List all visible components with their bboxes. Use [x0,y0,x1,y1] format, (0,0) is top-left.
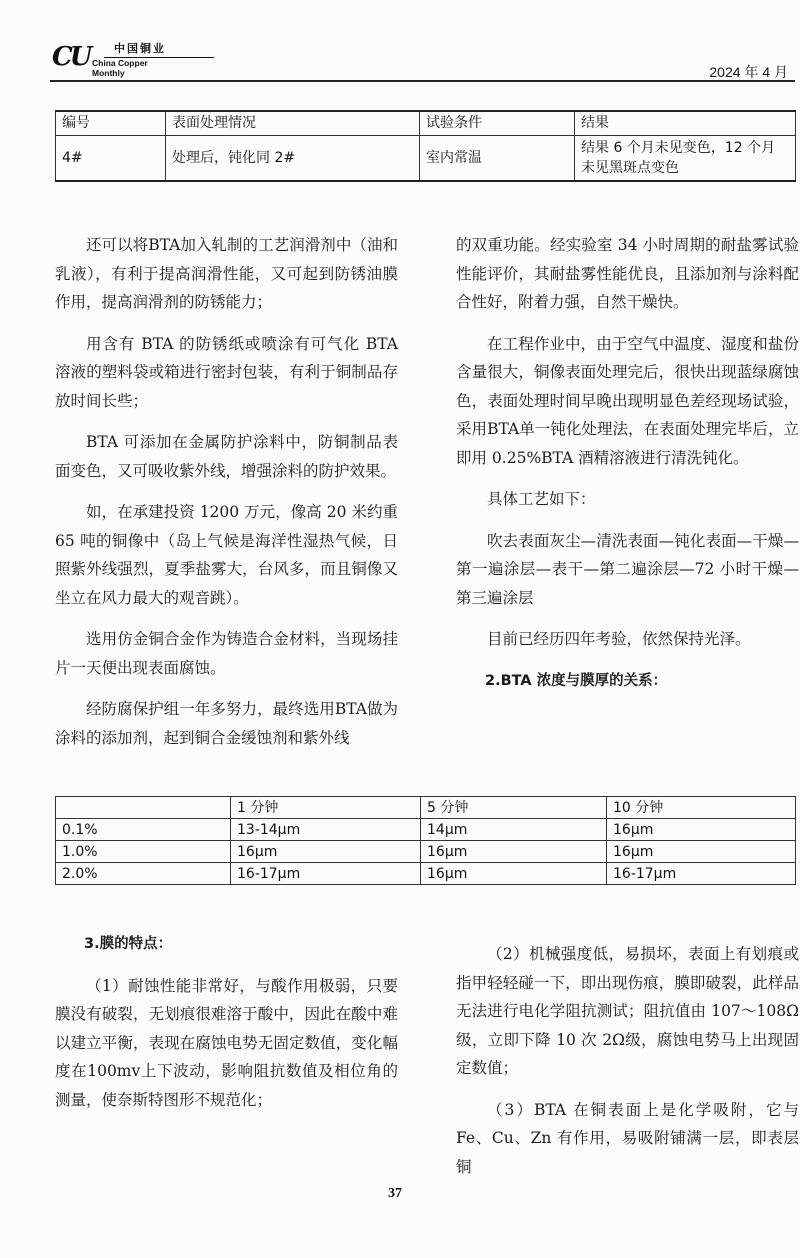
table-cell: 1.0% [56,841,231,863]
table-cell: 结果 6 个月未见变色，12 个月未见黑斑点变色 [575,135,796,181]
header-cell: 表面处理情况 [166,111,420,135]
header-cell: 结果 [575,111,796,135]
paragraph: 还可以将BTA加入轧制的工艺润滑剂中（油和乳液），有利于提高润滑性能，又可起到防… [55,231,398,317]
table-row: 4# 处理后，钝化同 2# 室内常温 结果 6 个月未见变色，12 个月未见黑斑… [56,135,796,181]
issue-date: 2024 年 4 月 [709,62,788,82]
right-column-lower: （2）机械强度低，易损坏，表面上有划痕或指甲轻轻碰一下，即出现伤痕，膜即破裂，此… [456,940,799,1194]
table-cell: 室内常温 [420,135,575,181]
table-cell: 13-14μm [231,819,421,841]
header-cell: 试验条件 [420,111,575,135]
table-row: 1.0% 16μm 16μm 16μm [56,841,796,863]
table-row: 0.1% 13-14μm 14μm 16μm [56,819,796,841]
bta-concentration-thickness-table: 1 分钟 5 分钟 10 分钟 0.1% 13-14μm 14μm 16μm 1… [55,796,796,885]
header-cell: 编号 [56,111,166,135]
paragraph: （2）机械强度低，易损坏，表面上有划痕或指甲轻轻碰一下，即出现伤痕，膜即破裂，此… [456,940,799,1083]
table-cell: 16-17μm [607,863,796,885]
right-column: 的双重功能。经实验室 34 小时周期的耐盐雾试验性能评价，其耐盐雾性能优良，且添… [456,231,799,708]
table-cell: 处理后，钝化同 2# [166,135,420,181]
section-heading: 2.BTA 浓度与膜厚的关系： [456,667,799,696]
header-cell: 5 分钟 [421,797,607,819]
paragraph: 如，在承建投资 1200 万元，像高 20 米约重 65 吨的铜像中（岛上气候是… [55,498,398,612]
table-header-row: 1 分钟 5 分钟 10 分钟 [56,797,796,819]
table-cell: 16μm [421,841,607,863]
paragraph: （1）耐蚀性能非常好，与酸作用极弱，只要膜没有破裂，无划痕很难溶于酸中，因此在酸… [55,972,398,1115]
header-cell: 10 分钟 [607,797,796,819]
header-cell: 1 分钟 [231,797,421,819]
table-cell: 0.1% [56,819,231,841]
table-cell: 14μm [421,819,607,841]
journal-logo: CU 中国铜业 China Copper Monthly [52,40,182,70]
header-divider [50,80,795,82]
logo-english-name: China Copper Monthly [92,58,182,78]
left-column-lower: 3.膜的特点： （1）耐蚀性能非常好，与酸作用极弱，只要膜没有破裂，无划痕很难溶… [55,930,398,1127]
paragraph: 具体工艺如下： [456,485,799,514]
paragraph: 吹去表面灰尘—清洗表面—钝化表面—干燥—第一遍涂层—表干—第二遍涂层—72 小时… [456,527,799,613]
paragraph: 用含有 BTA 的防锈纸或喷涂有可气化 BTA 溶液的塑料袋或箱进行密封包装，有… [55,330,398,416]
table-cell: 2.0% [56,863,231,885]
paragraph: （3）BTA 在铜表面上是化学吸附，它与 Fe、Cu、Zn 有作用，易吸附铺满一… [456,1096,799,1182]
table-cell: 16-17μm [231,863,421,885]
logo-chinese-name: 中国铜业 [104,40,214,58]
left-column: 还可以将BTA加入轧制的工艺润滑剂中（油和乳液），有利于提高润滑性能，又可起到防… [55,231,398,752]
table-header-row: 编号 表面处理情况 试验条件 结果 [56,111,796,135]
table-cell: 16μm [421,863,607,885]
paragraph: 经防腐保护组一年多努力，最终选用BTA做为涂料的添加剂，起到铜合金缓蚀剂和紫外线 [55,695,398,752]
paragraph: BTA 可添加在金属防护涂料中，防铜制品表面变色，又可吸收紫外线，增强涂料的防护… [55,428,398,485]
section-heading: 3.膜的特点： [55,930,398,959]
table-cell: 16μm [607,819,796,841]
page-number: 37 [388,1186,402,1202]
treatment-results-table: 编号 表面处理情况 试验条件 结果 4# 处理后，钝化同 2# 室内常温 结果 … [55,110,796,182]
paragraph: 在工程作业中，由于空气中温度、湿度和盐份含量很大，铜像表面处理完后，很快出现蓝绿… [456,330,799,473]
logo-mark: CU [52,42,89,72]
table-cell: 16μm [231,841,421,863]
table-cell: 16μm [607,841,796,863]
paragraph-continuation: 的双重功能。经实验室 34 小时周期的耐盐雾试验性能评价，其耐盐雾性能优良，且添… [456,231,799,317]
table-cell: 4# [56,135,166,181]
table-row: 2.0% 16-17μm 16μm 16-17μm [56,863,796,885]
paragraph: 选用仿金铜合金作为铸造合金材料，当现场挂片一天便出现表面腐蚀。 [55,625,398,682]
header-cell [56,797,231,819]
page-header: CU 中国铜业 China Copper Monthly 2024 年 4 月 [0,0,800,100]
paragraph: 目前已经历四年考验，依然保持光泽。 [456,625,799,654]
